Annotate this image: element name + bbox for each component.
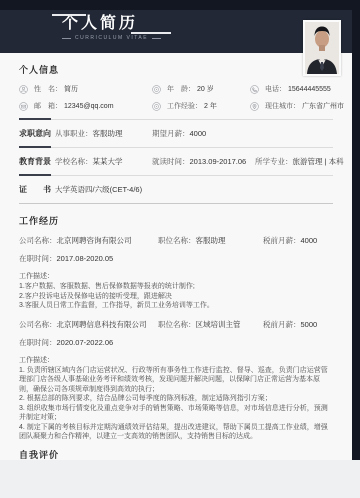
info-field-age: 年 龄：20 岁 — [152, 84, 250, 94]
frame-right — [352, 0, 360, 460]
job1-desc-line: 1.客户数据、客服数据、售后保修数据等报表的统计制作; — [19, 282, 333, 292]
frame-top — [0, 0, 360, 10]
section-heading-evaluation: 自我评价 — [19, 448, 333, 461]
resume-header-band: 个人简历 CURRICULUM VITAE — [0, 10, 352, 53]
section-row-certificate: 证 书 大学英语四/六级(CET-4/6) — [19, 184, 333, 195]
section-label-intention: 求职意向 — [19, 128, 55, 139]
user-icon — [19, 85, 28, 94]
profile-photo — [303, 20, 341, 76]
job2-description: 1. 负责所辖区域内各门店运营状况、行政等所有事务性工作进行监控、督导、巡查，负… — [19, 366, 333, 442]
resume-preview: 个人简历 CURRICULUM VITAE 个人信息 性 名：简历 年 龄：20… — [0, 0, 360, 498]
divider-after-info — [19, 119, 333, 120]
job2-desc-line: 3. 组织收集市场行情变化及重点竞争对手的销售策略、市场策略等信息，对市场信息进… — [19, 404, 333, 423]
divider-after-education — [19, 175, 333, 176]
divider-after-intention — [19, 147, 333, 148]
job2-desc-line: 4. 制定下属的考核目标并定期沟通绩效评估结果，提出改进建议，帮助下属员工提高工… — [19, 423, 333, 442]
personal-info-grid: 性 名：简历 年 龄：20 岁 电话：15644445555 邮 箱：12345… — [19, 84, 333, 111]
job1-header-row: 公司名称：北京网聘咨询有限公司 职位名称：客服助理 税前月薪：4000 — [19, 235, 333, 246]
job1-desc-line: 2.客户投诉电话及保修电话的接听受理，跟进解决 — [19, 292, 333, 302]
job2-desc-line: 2. 根据总部的陈列要求，结合品牌公司每季度的陈列标准，制定适陈列指引方案； — [19, 394, 333, 404]
mail-icon — [19, 102, 28, 111]
subtitle-dash-left — [62, 38, 71, 39]
info-field-city: 现住城市：广东省广州市 — [250, 101, 344, 111]
divider-before-work — [19, 203, 333, 204]
section-label-education: 教育背景 — [19, 156, 55, 167]
section-heading-work: 工作经历 — [19, 214, 333, 227]
resume-content: 个人信息 性 名：简历 年 龄：20 岁 电话：15644445555 邮 箱：… — [0, 63, 352, 460]
job2-header-row: 公司名称：北京网聘信息科技有限公司 职位名称：区域培训主管 税前月薪：5000 — [19, 319, 333, 330]
page-title: 个人简历 — [62, 15, 161, 33]
job2-desc-label: 工作描述： — [19, 355, 333, 365]
job1-description: 1.客户数据、客服数据、售后保修数据等报表的统计制作; 2.客户投诉电话及保修电… — [19, 282, 333, 311]
age-icon — [152, 85, 161, 94]
profile-photo-image — [305, 22, 339, 74]
job2-period: 在职时间：2020.07-2022.06 — [19, 337, 333, 348]
info-field-name: 性 名：简历 — [19, 84, 152, 94]
section-heading-personal-info: 个人信息 — [19, 63, 333, 76]
section-row-job-intention: 求职意向 从事职业：客服助理 期望月薪：4000 — [19, 128, 333, 139]
section-label-certificate: 证 书 — [19, 184, 55, 195]
job1-desc-label: 工作描述： — [19, 271, 333, 281]
info-field-experience: 工作经验：2 年 — [152, 101, 250, 111]
subtitle-dash-right — [152, 38, 161, 39]
experience-icon — [152, 102, 161, 111]
job1-desc-line: 3.客服人员日常工作监督，工作指导，新员工业务培训等工作。 — [19, 301, 333, 311]
section-row-education: 教育背景 学校名称：某某大学 就读时间：2013.09-2017.06 所学专业… — [19, 156, 333, 167]
resume-page: 个人简历 CURRICULUM VITAE 个人信息 性 名：简历 年 龄：20… — [0, 10, 352, 460]
page-subtitle: CURRICULUM VITAE — [62, 35, 161, 41]
info-field-phone: 电话：15644445555 — [250, 84, 344, 94]
job2-desc-line: 1. 负责所辖区域内各门店运营状况、行政等所有事务性工作进行监控、督导、巡查，负… — [19, 366, 333, 395]
job1-period: 在职时间：2017.08-2020.05 — [19, 253, 333, 264]
location-icon — [250, 102, 259, 111]
info-field-email: 邮 箱：12345@qq.com — [19, 101, 152, 111]
phone-icon — [250, 85, 259, 94]
